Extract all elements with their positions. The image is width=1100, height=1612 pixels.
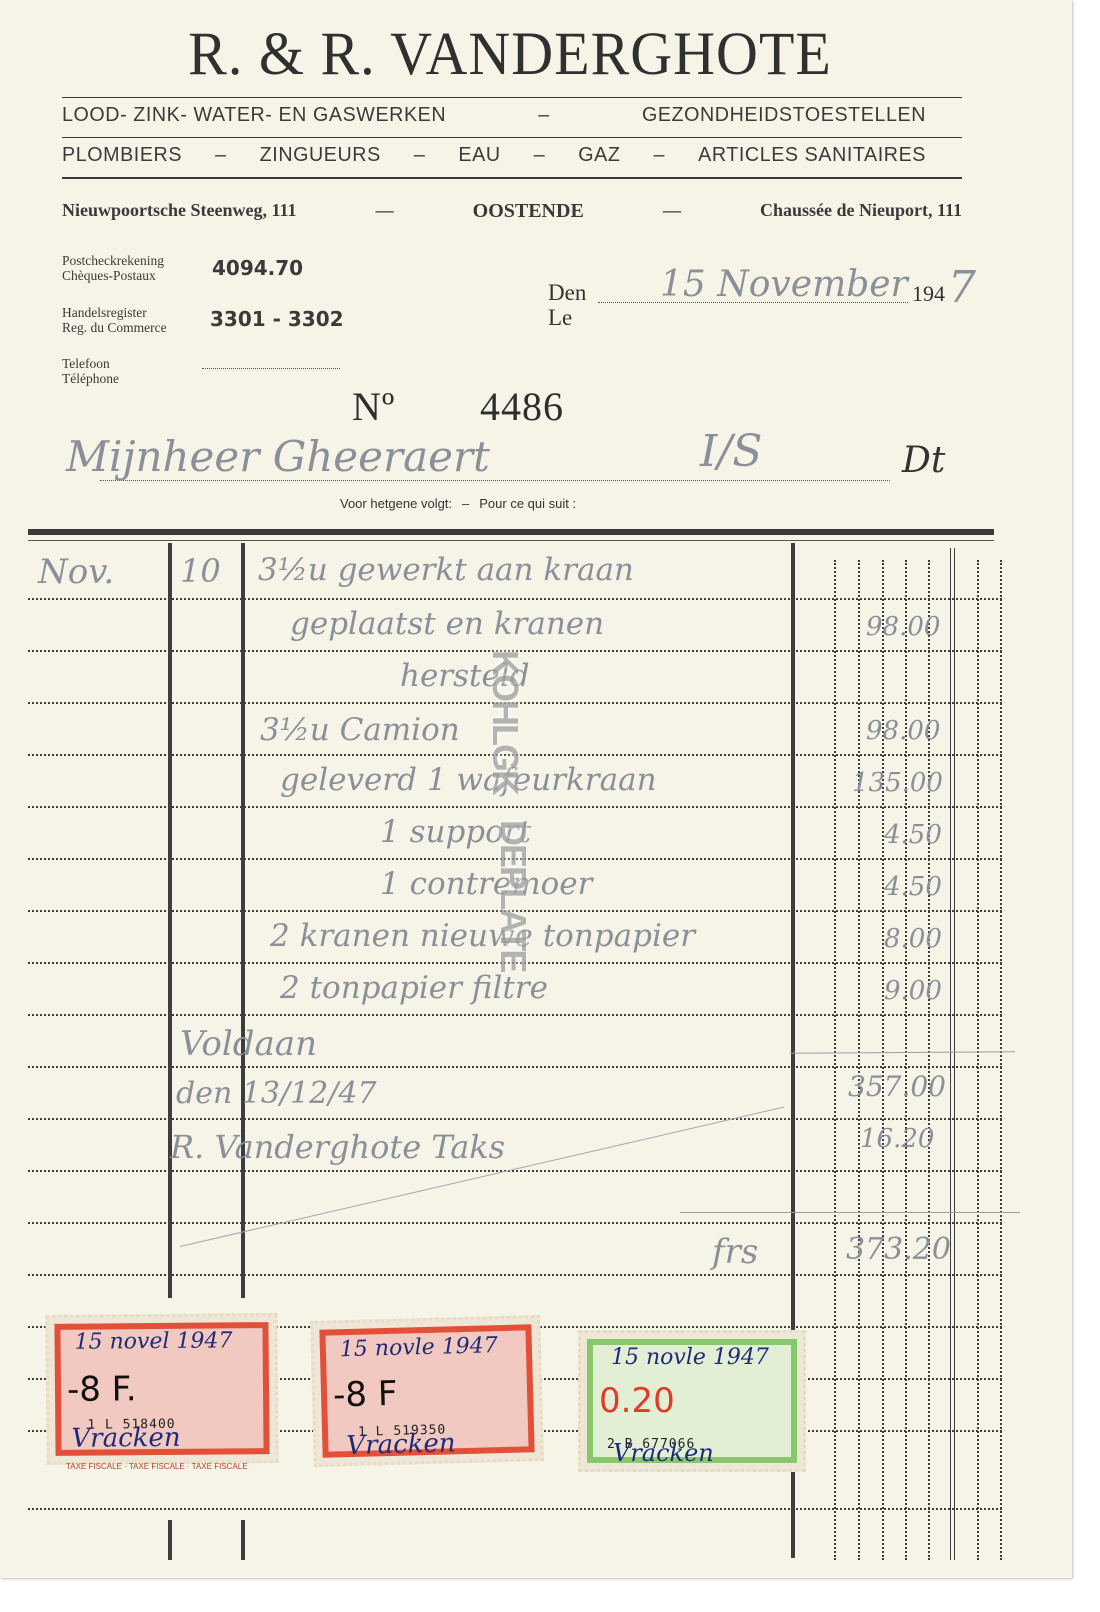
line-item-text: 3½u gewerkt aan kraan [258, 552, 634, 588]
label-nl: Handelsregister [62, 305, 167, 320]
stamp-value: -8 F. [67, 1369, 137, 1410]
row-rule [28, 1066, 1002, 1068]
address-line: Nieuwpoortsche Steenweg, 111 — OOSTENDE … [62, 200, 962, 223]
subheading-fr: Pour ce qui suit : [479, 496, 576, 511]
line-item-amount: 4.50 [884, 820, 942, 850]
register-number: 3301 - 3302 [210, 307, 344, 331]
decimal-divider [954, 548, 955, 1560]
line-item-amount: 98.00 [866, 612, 940, 642]
row-rule [28, 1222, 1002, 1224]
date-label-fr: Le [548, 305, 586, 330]
separator: – [215, 143, 227, 167]
date-label: Den Le [548, 280, 586, 330]
stamp-cancel-signature: Vracken [346, 1428, 456, 1461]
line-item-text: 3½u Camion [260, 712, 460, 748]
amount-grid-line [858, 560, 860, 1560]
phone-field [202, 368, 340, 369]
line-item-text: 2 tonpapier filtre [280, 970, 548, 1006]
amount-grid-line [905, 560, 907, 1560]
currency-label: frs [712, 1232, 758, 1272]
line-item-amount: 4.50 [884, 872, 942, 902]
separator: – [414, 143, 426, 167]
subtotal-underline [790, 1051, 1015, 1054]
stamp-cancel-date: 15 novle 1947 [340, 1333, 498, 1362]
stamp-frame: -8 F. 1 L 518400 15 novel 1947 Vracken [54, 1322, 269, 1456]
paid-note: Voldaan [180, 1024, 317, 1064]
services-dutch: LOOD- ZINK- WATER- EN GASWERKEN – GEZOND… [62, 103, 926, 127]
table-subheading: Voor hetgene volgt: – Pour ce qui suit : [340, 496, 576, 511]
header-rule [62, 97, 962, 98]
separator: – [654, 143, 666, 167]
stamp-frame: 0.20 2 B 677066 15 novle 1947 Vracken [587, 1339, 797, 1463]
column-divider [241, 543, 245, 1298]
separator: – [462, 496, 469, 511]
watermark-bottom: DEPLATE [492, 820, 534, 950]
service-text: GEZONDHEIDSTOESTELLEN [642, 103, 926, 127]
total-underline [680, 1212, 1020, 1213]
column-divider [168, 1520, 172, 1560]
row-rule [28, 806, 1002, 808]
amount-grid-line [928, 560, 930, 1560]
amount-grid-line [882, 560, 884, 1560]
row-rule [28, 1170, 1002, 1172]
service-text: PLOMBIERS [62, 143, 182, 167]
entry-day: 10 [180, 552, 221, 590]
row-rule [28, 1274, 1002, 1276]
label-nl: Telefoon [62, 356, 119, 371]
fiscal-stamp: -8 F 1 L 519350 15 novle 1947 Vracken [310, 1315, 544, 1467]
debit-label: Dt [902, 440, 945, 481]
stamp-footer-text: TAXE FISCALE · TAXE FISCALE · TAXE FISCA… [66, 1462, 248, 1471]
recipient-suffix: I/S [700, 426, 762, 477]
service-text: LOOD- ZINK- WATER- EN GASWERKEN [62, 103, 446, 127]
register-label: Handelsregister Reg. du Commerce [62, 305, 167, 335]
line-item-amount: 9.00 [884, 976, 942, 1006]
invoice-number-label: Nº [352, 383, 395, 430]
stamp-value: -8 F [333, 1374, 398, 1416]
postcheck-label: Postcheckrekening Chèques-Postaux [62, 253, 164, 283]
company-name: R. & R. VANDERGHOTE [0, 18, 1020, 88]
separator: – [534, 143, 546, 167]
services-french: PLOMBIERS – ZINGUEURS – EAU – GAZ – ARTI… [62, 143, 926, 167]
paid-date: den 13/12/47 [176, 1076, 377, 1111]
year-handwritten: 7 [948, 262, 976, 313]
date-label-nl: Den [548, 280, 586, 305]
fiscal-stamp: 0.20 2 B 677066 15 novle 1947 Vracken [578, 1330, 806, 1472]
line-item-amount: 135.00 [852, 768, 943, 798]
city: OOSTENDE [473, 200, 584, 223]
header-rule [62, 137, 962, 138]
address-french: Chaussée de Nieuport, 111 [760, 200, 962, 223]
year-printed: 194 [912, 281, 945, 307]
stamp-value: 0.20 [599, 1381, 675, 1421]
postcheck-number: 4094.70 [212, 256, 303, 280]
column-divider [168, 543, 172, 1298]
total-amount: 373.20 [846, 1232, 951, 1267]
subheading-nl: Voor hetgene volgt: [340, 496, 452, 511]
phone-label: Telefoon Téléphone [62, 356, 119, 386]
label-fr: Chèques-Postaux [62, 268, 164, 283]
service-text: ARTICLES SANITAIRES [698, 143, 926, 167]
separator: – [538, 103, 550, 127]
line-item-amount: 8.00 [884, 924, 942, 954]
separator: — [376, 200, 394, 223]
stamp-cancel-date: 15 novle 1947 [611, 1345, 769, 1370]
label-fr: Téléphone [62, 371, 119, 386]
entry-month: Nov. [38, 552, 114, 592]
line-item-text: 2 kranen nieuwe tonpapier [270, 918, 695, 954]
separator: — [663, 200, 681, 223]
signature: R. Vanderghote Taks [170, 1128, 505, 1166]
line-item-amount: 98.00 [866, 716, 940, 746]
amount-grid-line [1000, 560, 1002, 1560]
invoice-paper: R. & R. VANDERGHOTE LOOD- ZINK- WATER- E… [0, 0, 1072, 1578]
row-rule [28, 1508, 1002, 1510]
invoice-number: 4486 [480, 383, 564, 430]
line-item-text: geplaatst en kranen [290, 606, 604, 642]
row-rule [28, 1118, 1002, 1120]
label-fr: Reg. du Commerce [62, 320, 167, 335]
table-top-rule [28, 529, 994, 535]
column-divider [241, 1520, 245, 1560]
line-item-text: geleverd 1 wafeurkraan [280, 762, 657, 798]
service-text: GAZ [578, 143, 620, 167]
service-text: EAU [458, 143, 500, 167]
stamp-cancel-date: 15 novel 1947 [74, 1328, 232, 1354]
table-top-rule-thin [28, 540, 994, 541]
stamp-cancel-signature: Vracken [613, 1439, 714, 1467]
watermark-top: KOHLGK [484, 650, 526, 770]
label-nl: Postcheckrekening [62, 253, 164, 268]
fiscal-stamp: -8 F. 1 L 518400 15 novel 1947 Vracken [45, 1313, 278, 1465]
line-item-text: 1 contremoer [380, 866, 592, 902]
row-rule [28, 1014, 1002, 1016]
row-rule [28, 598, 1002, 600]
date-handwritten: 15 November [660, 264, 908, 305]
amount-grid-line [977, 560, 979, 1560]
decimal-divider [950, 548, 951, 1560]
subtotal-amount: 357.00 [848, 1070, 946, 1103]
stamp-cancel-signature: Vracken [71, 1423, 180, 1454]
address-dutch: Nieuwpoortsche Steenweg, 111 [62, 200, 296, 223]
header-rule [62, 177, 962, 179]
amount-grid-line [834, 560, 836, 1560]
stamp-frame: -8 F 1 L 519350 15 novle 1947 Vracken [319, 1324, 534, 1458]
tax-amount: 16.20 [860, 1124, 934, 1154]
recipient-name: Mijnheer Gheeraert [66, 432, 490, 481]
service-text: ZINGUEURS [260, 143, 381, 167]
